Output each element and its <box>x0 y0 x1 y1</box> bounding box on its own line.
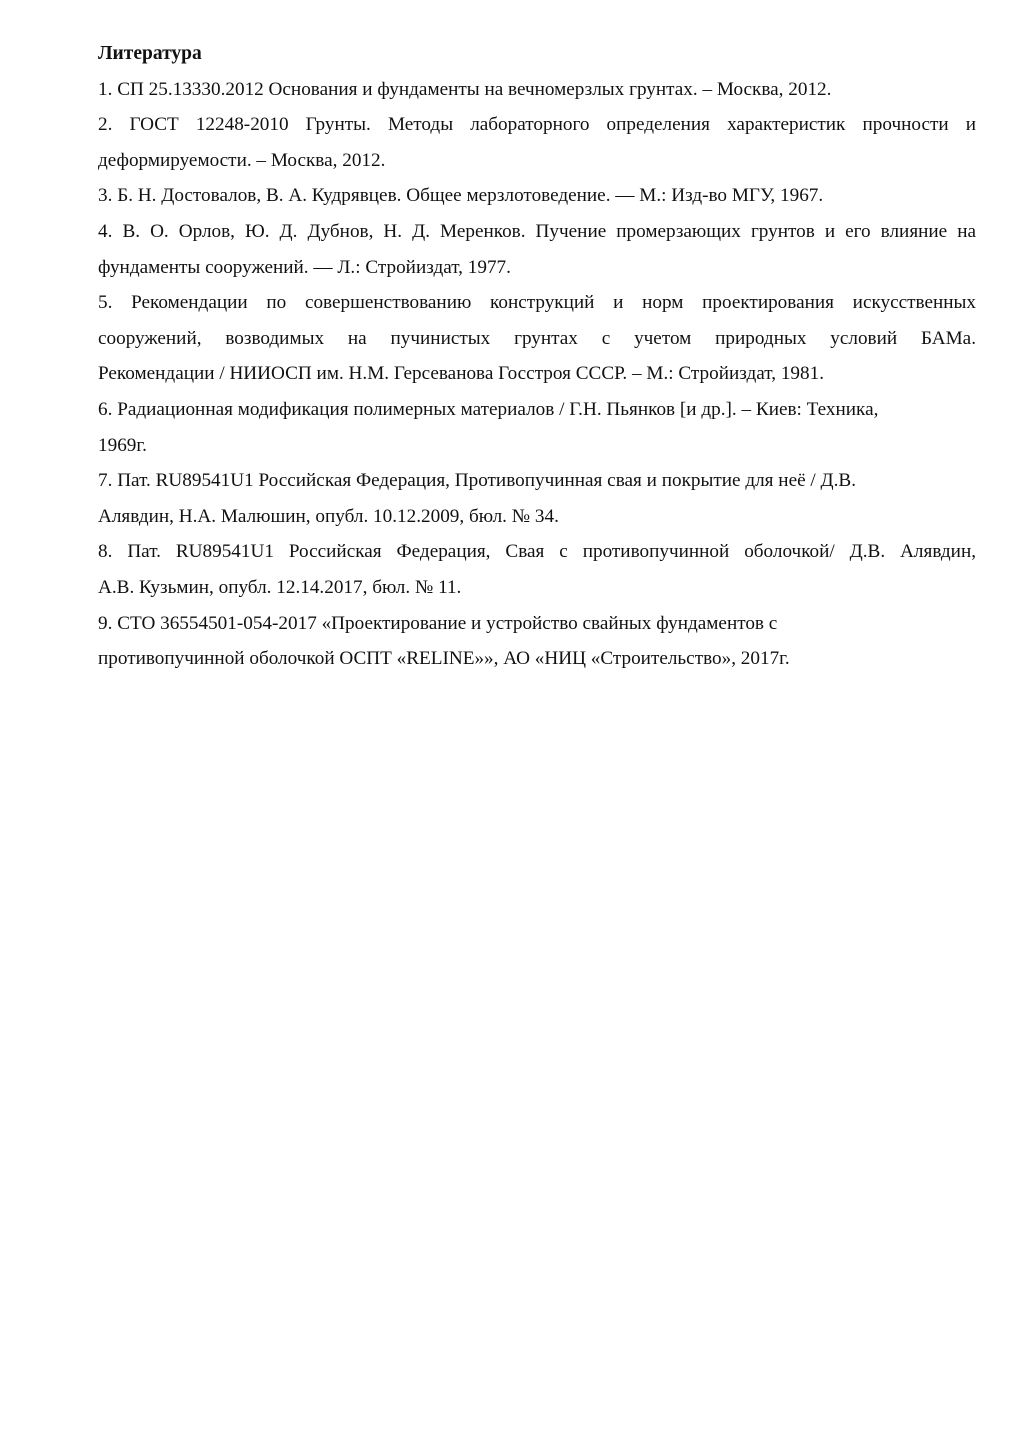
reference-line: 1. СП 25.13330.2012 Основания и фундамен… <box>98 72 976 108</box>
reference-item-4: 4. В. О. Орлов, Ю. Д. Дубнов, Н. Д. Мере… <box>98 214 976 285</box>
reference-line: 5. Рекомендации по совершенствованию кон… <box>98 285 976 321</box>
reference-line: 4. В. О. Орлов, Ю. Д. Дубнов, Н. Д. Мере… <box>98 214 976 250</box>
reference-item-7: 7. Пат. RU89541U1 Российская Федерация, … <box>98 463 976 534</box>
reference-line: 8. Пат. RU89541U1 Российская Федерация, … <box>98 534 976 570</box>
references-heading: Литература <box>98 36 976 72</box>
reference-item-8: 8. Пат. RU89541U1 Российская Федерация, … <box>98 534 976 605</box>
document-page: Литература 1. СП 25.13330.2012 Основания… <box>98 36 976 677</box>
reference-line: противопучинной оболочкой ОСПТ «RELINE»»… <box>98 641 976 677</box>
reference-item-1: 1. СП 25.13330.2012 Основания и фундамен… <box>98 72 976 108</box>
reference-line: 6. Радиационная модификация полимерных м… <box>98 392 976 428</box>
reference-line: 7. Пат. RU89541U1 Российская Федерация, … <box>98 463 976 499</box>
reference-item-2: 2. ГОСТ 12248-2010 Грунты. Методы лабора… <box>98 107 976 178</box>
reference-line: Рекомендации / НИИОСП им. Н.М. Герсевано… <box>98 356 976 392</box>
reference-line: 9. СТО 36554501-054-2017 «Проектирование… <box>98 606 976 642</box>
reference-item-6: 6. Радиационная модификация полимерных м… <box>98 392 976 463</box>
reference-line: деформируемости. – Москва, 2012. <box>98 143 976 179</box>
reference-line: А.В. Кузьмин, опубл. 12.14.2017, бюл. № … <box>98 570 976 606</box>
reference-line: 1969г. <box>98 428 976 464</box>
reference-item-9: 9. СТО 36554501-054-2017 «Проектирование… <box>98 606 976 677</box>
reference-line: фундаменты сооружений. — Л.: Стройиздат,… <box>98 250 976 286</box>
reference-item-3: 3. Б. Н. Достовалов, В. А. Кудрявцев. Об… <box>98 178 976 214</box>
reference-item-5: 5. Рекомендации по совершенствованию кон… <box>98 285 976 392</box>
reference-line: сооружений, возводимых на пучинистых гру… <box>98 321 976 357</box>
reference-line: 2. ГОСТ 12248-2010 Грунты. Методы лабора… <box>98 107 976 143</box>
reference-line: 3. Б. Н. Достовалов, В. А. Кудрявцев. Об… <box>98 178 976 214</box>
reference-line: Алявдин, Н.А. Малюшин, опубл. 10.12.2009… <box>98 499 976 535</box>
